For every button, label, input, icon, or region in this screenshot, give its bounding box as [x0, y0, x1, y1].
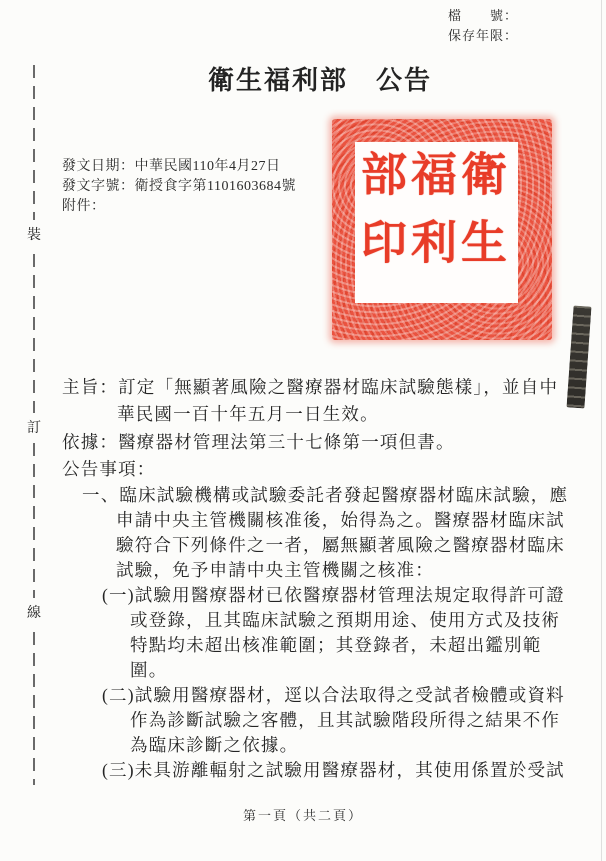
- retention-period-label: 保存年限：: [448, 26, 518, 46]
- body-line: 特點均未超出核准範圍；其登錄者，未超出鑑別範: [130, 633, 541, 657]
- ministry-seal: 衛生福利部印: [332, 119, 552, 340]
- doc-number-line: 發文字號：衛授食字第1101603684號: [62, 177, 296, 197]
- body-line: 公告事項：: [62, 457, 156, 481]
- page-title: 衛生福利部 公告: [208, 60, 432, 97]
- document-meta: 發文日期：中華民國110年4月27日 發文字號：衛授食字第1101603684號…: [62, 157, 296, 217]
- body-line: 驗符合下列條件之一者，屬無顯著風險之醫療器材臨床: [116, 533, 565, 557]
- binding-mark-ding: 訂: [26, 413, 42, 441]
- body-line: 為臨床診斷之依據。: [130, 733, 298, 757]
- binding-mark-xian: 線: [26, 598, 42, 626]
- body-line: 圍。: [130, 658, 167, 682]
- ministry-seal-face: 衛生福利部印: [355, 142, 518, 303]
- body-line: 依據：醫療器材管理法第三十七條第一項但書。: [62, 430, 455, 454]
- scan-edge-artifact: [601, 0, 602, 861]
- file-number-label: 檔 號：: [448, 6, 518, 26]
- body-line: (二)試驗用醫療器材，逕以合法取得之受試者檢體或資料: [102, 683, 565, 707]
- issue-date-line: 發文日期：中華民國110年4月27日: [62, 157, 296, 177]
- archive-label-block: 檔 號： 保存年限：: [448, 6, 518, 46]
- document-page: 檔 號： 保存年限： 衛生福利部 公告 發文日期：中華民國110年4月27日 發…: [0, 0, 606, 861]
- body-line: 一、臨床試驗機構或試驗委託者發起醫療器材臨床試驗，應: [82, 483, 568, 507]
- body-line: 試驗，免予申請中央主管機關之核准：: [116, 558, 434, 582]
- body-line: 申請中央主管機關核准後，始得為之。醫療器材臨床試: [116, 508, 565, 532]
- body-line: (一)試驗用醫療器材已依醫療器材管理法規定取得許可證: [102, 583, 565, 607]
- registry-stamp: [566, 305, 591, 408]
- ministry-seal-characters: 衛生福利部印: [355, 142, 512, 303]
- body-line: 作為診斷試驗之客體，且其試驗階段所得之結果不作: [130, 708, 560, 732]
- body-line: 華民國一百十年五月一日生效。: [117, 402, 379, 426]
- body-line: 或登錄，且其臨床試驗之預期用途、使用方式及技術: [130, 608, 560, 632]
- attachment-line: 附件：: [62, 197, 296, 217]
- body-line: (三)未具游離輻射之試驗用醫療器材，其使用係置於受試: [102, 758, 565, 782]
- page-footer: 第一頁（共二頁）: [0, 805, 606, 824]
- binding-mark-zhuang: 裝: [26, 220, 42, 248]
- body-line: 主旨：訂定「無顯著風險之醫療器材臨床試驗態樣」，並自中: [62, 375, 558, 399]
